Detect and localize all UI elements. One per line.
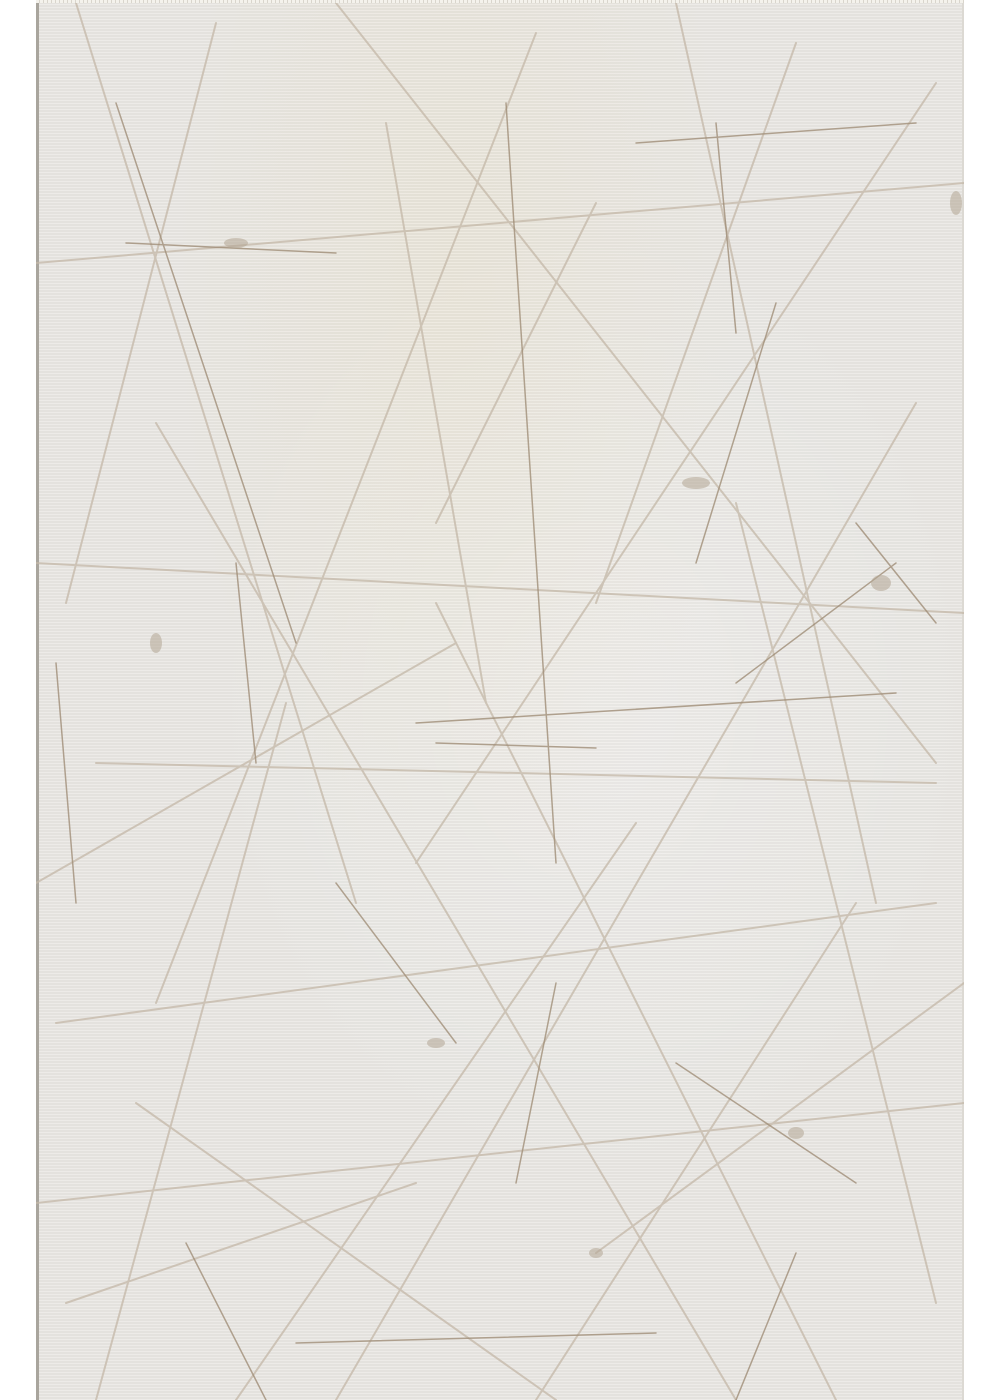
scratch-pattern bbox=[36, 3, 964, 1400]
rug bbox=[36, 3, 964, 1400]
